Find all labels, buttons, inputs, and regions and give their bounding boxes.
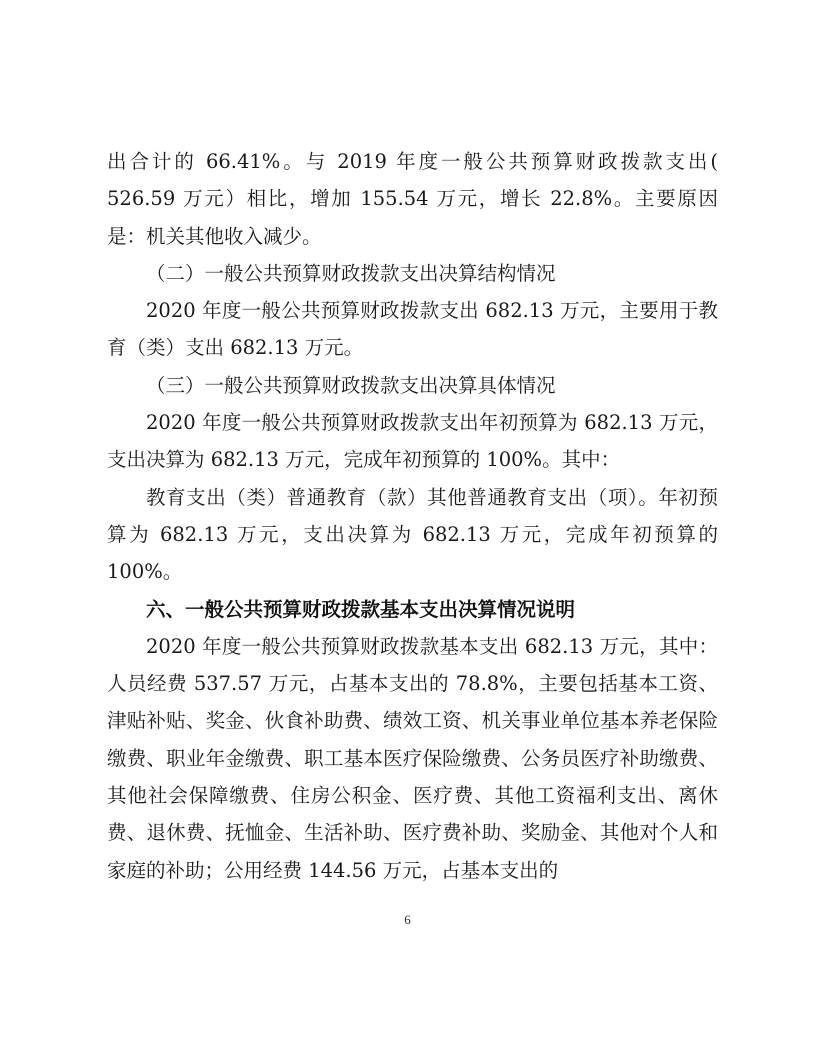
paragraph-details-budget: 2020 年度一般公共预算财政拨款支出年初预算为 682.13 万元，支出决算为…: [107, 404, 718, 479]
paragraph-basic-expenditure: 2020 年度一般公共预算财政拨款基本支出 682.13 万元，其中：人员经费 …: [107, 628, 718, 889]
paragraph-structure: 2020 年度一般公共预算财政拨款支出 682.13 万元，主要用于教育（类）支…: [107, 292, 718, 367]
subheading-structure: （二）一般公共预算财政拨款支出决算结构情况: [107, 255, 718, 292]
section-heading-basic-expenditure: 六、一般公共预算财政拨款基本支出决算情况说明: [107, 591, 718, 628]
subheading-details: （三）一般公共预算财政拨款支出决算具体情况: [107, 367, 718, 404]
document-page: 出合计的 66.41%。与 2019 年度一般公共预算财政拨款支出( 526.5…: [107, 143, 718, 889]
paragraph-continuation: 出合计的 66.41%。与 2019 年度一般公共预算财政拨款支出( 526.5…: [107, 143, 718, 255]
paragraph-details-education: 教育支出（类）普通教育（款）其他普通教育支出（项）。年初预算为 682.13 万…: [107, 479, 718, 591]
page-number: 6: [0, 912, 815, 928]
